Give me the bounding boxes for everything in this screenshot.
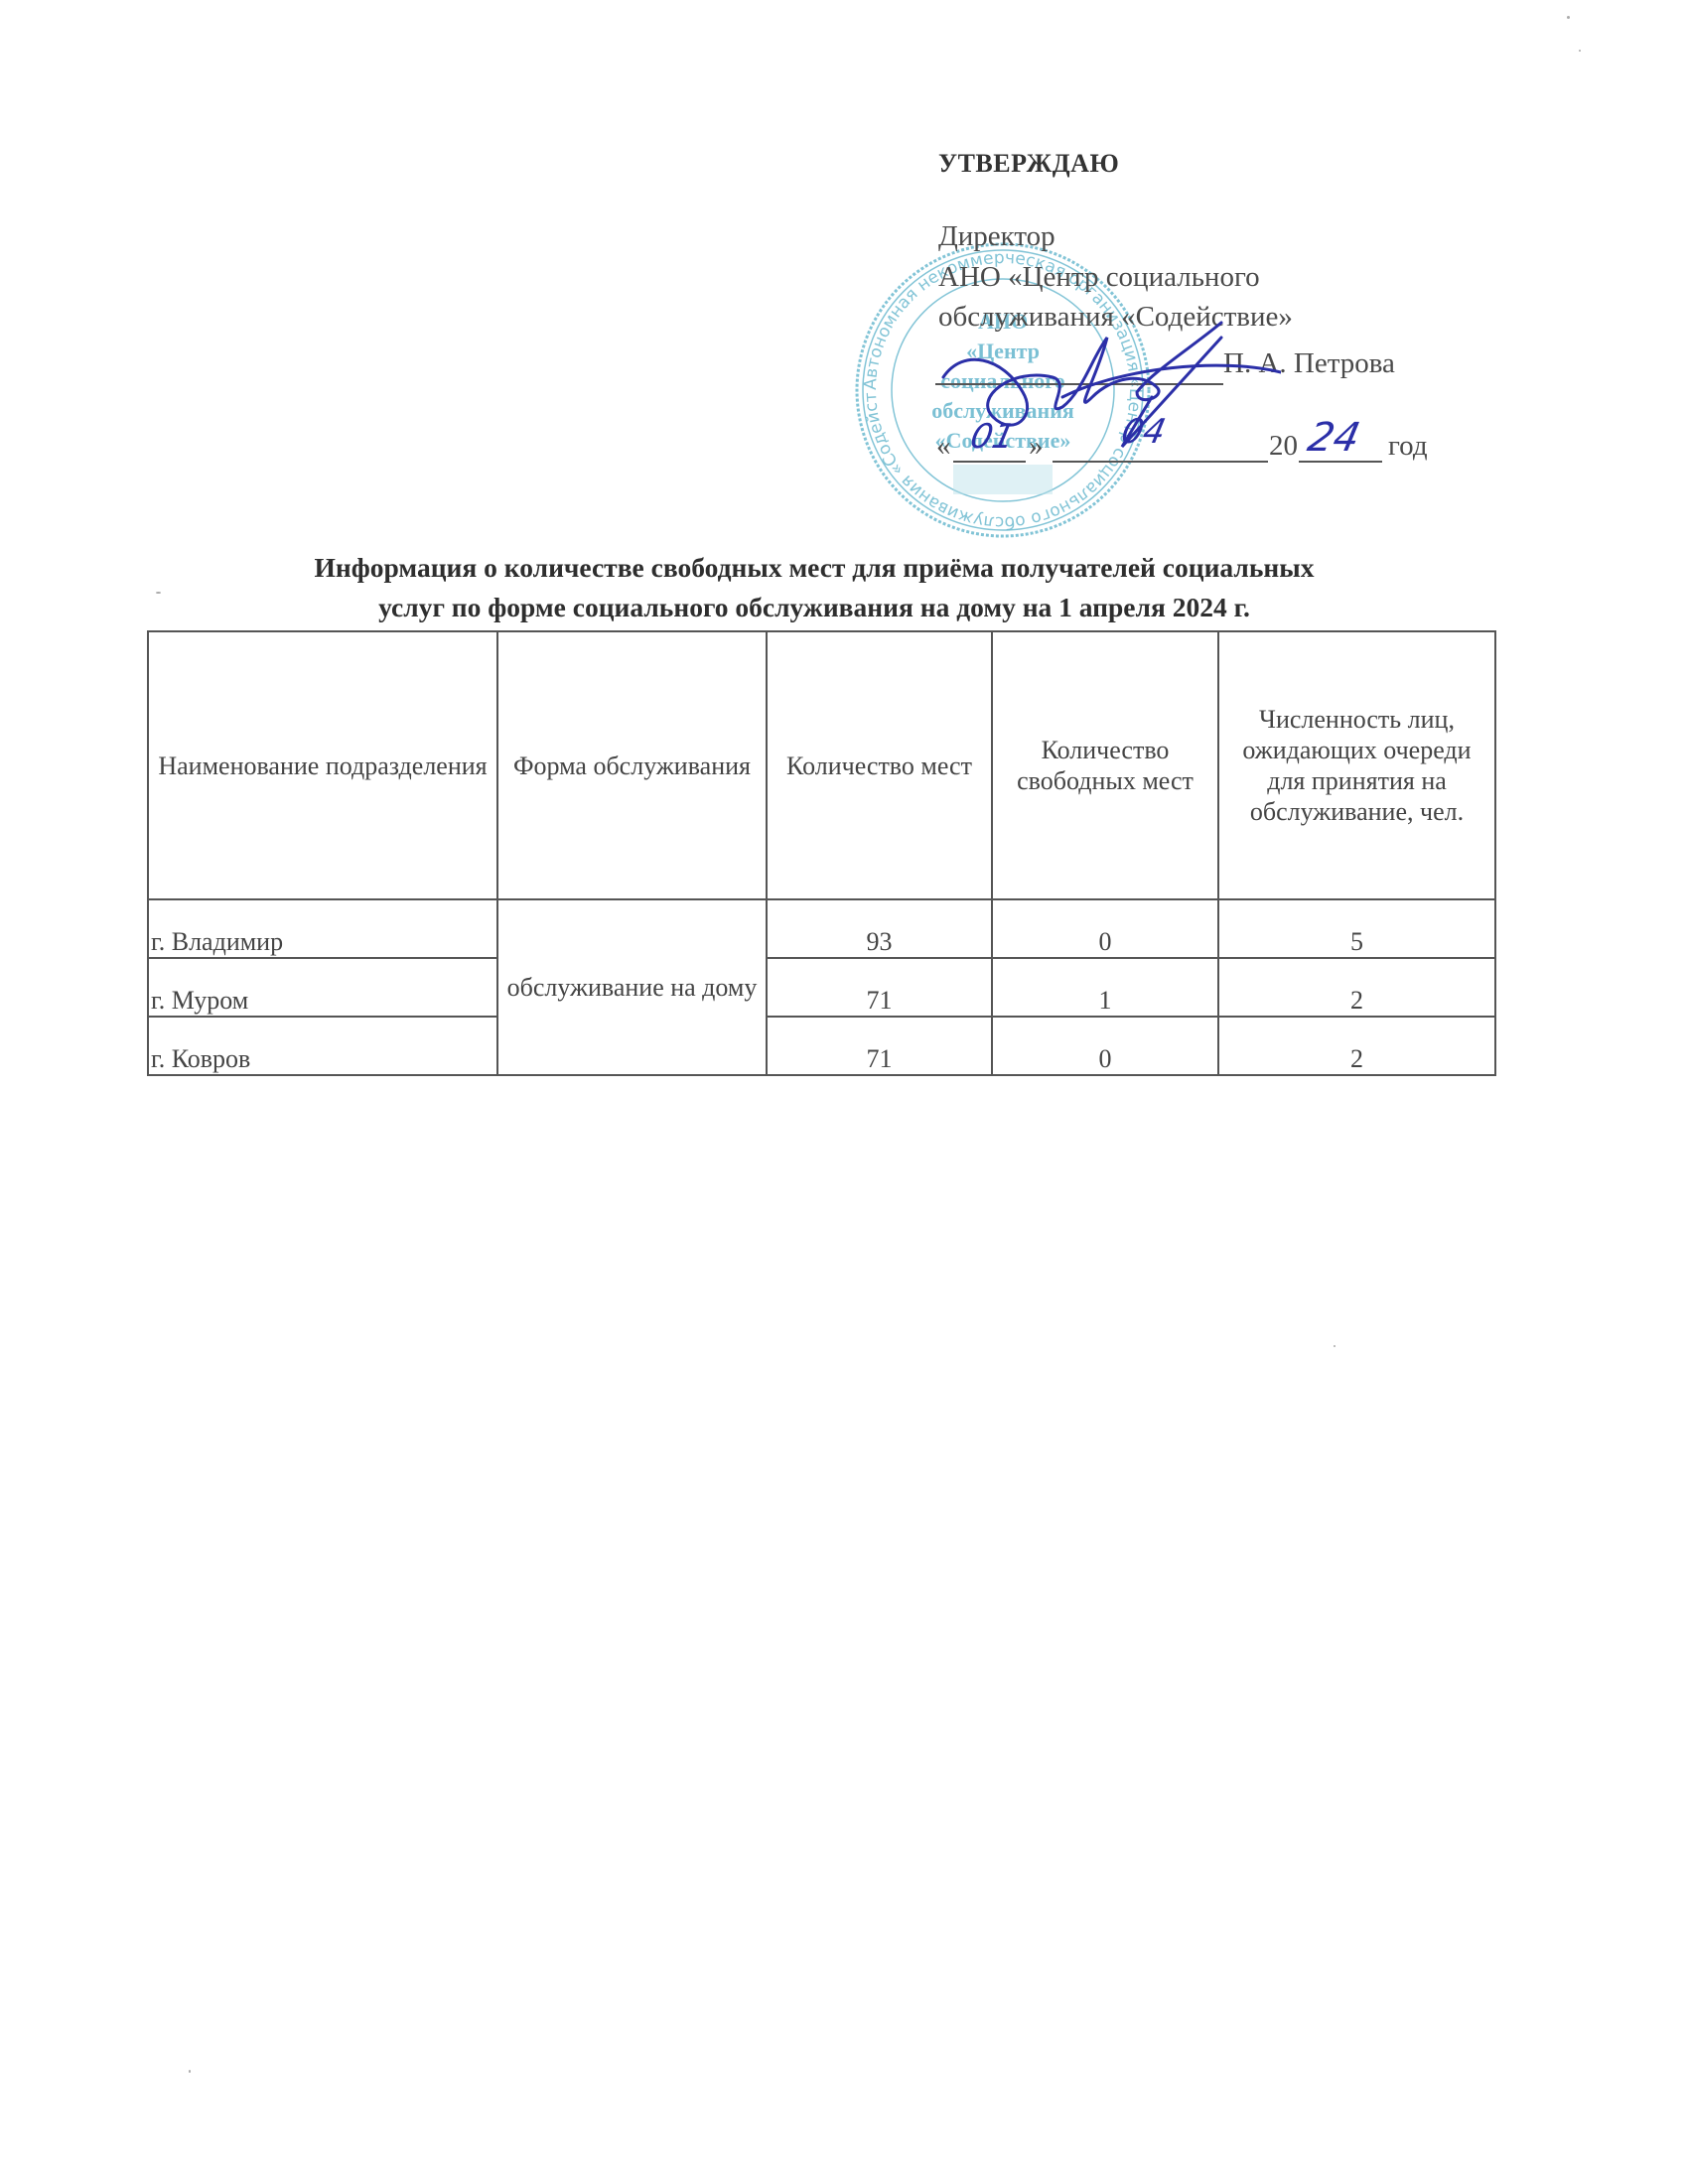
places-cell: 71 — [767, 958, 992, 1017]
approver-position: Директор — [938, 220, 1055, 253]
header-service-form: Форма обслуживания — [497, 631, 767, 899]
vacancies-table: Наименование подразделения Форма обслужи… — [147, 630, 1496, 1076]
waiting-cell: 2 — [1218, 1017, 1495, 1075]
day-line — [953, 461, 1026, 463]
scan-speck — [1579, 50, 1581, 52]
table-row: г. Ковров 71 0 2 — [148, 1017, 1495, 1075]
unit-cell: г. Владимир — [148, 899, 497, 958]
handwritten-day: 01 — [967, 417, 1019, 457]
approval-title: УТВЕРЖДАЮ — [938, 149, 1119, 179]
handwritten-year: 24 — [1304, 415, 1364, 461]
table-row: г. Муром 71 1 2 — [148, 958, 1495, 1017]
waiting-cell: 2 — [1218, 958, 1495, 1017]
unit-cell: г. Муром — [148, 958, 497, 1017]
scan-speck — [189, 2070, 191, 2073]
organization-line-1: АНО «Центр социального — [938, 261, 1260, 294]
places-cell: 93 — [767, 899, 992, 958]
month-line — [1053, 461, 1268, 463]
header-places: Количество мест — [767, 631, 992, 899]
table-row: г. Владимир обслуживание на дому 93 0 5 — [148, 899, 1495, 958]
heading-line-2: услуг по форме социального обслуживания … — [139, 588, 1489, 627]
year-word: год — [1388, 430, 1428, 463]
table-header-row: Наименование подразделения Форма обслужи… — [148, 631, 1495, 899]
heading-line-1: Информация о количестве свободных мест д… — [139, 548, 1489, 588]
free-places-cell: 0 — [992, 1017, 1218, 1075]
places-cell: 71 — [767, 1017, 992, 1075]
free-places-cell: 0 — [992, 899, 1218, 958]
year-line — [1299, 461, 1382, 463]
date-close-quote: » — [1029, 430, 1044, 463]
scan-speck — [156, 592, 161, 594]
unit-cell: г. Ковров — [148, 1017, 497, 1075]
header-unit: Наименование подразделения — [148, 631, 497, 899]
handwritten-month: 04 — [1118, 412, 1170, 452]
document-heading: Информация о количестве свободных мест д… — [139, 548, 1489, 627]
service-form-cell: обслуживание на дому — [497, 899, 767, 1075]
header-waiting: Численность лиц, ожидающих очереди для п… — [1218, 631, 1495, 899]
waiting-cell: 5 — [1218, 899, 1495, 958]
year-prefix: 20 — [1269, 430, 1298, 463]
header-free-places: Количество свободных мест — [992, 631, 1218, 899]
handwritten-signature — [923, 298, 1281, 496]
free-places-cell: 1 — [992, 958, 1218, 1017]
date-open-quote: « — [936, 430, 951, 463]
scan-speck — [1567, 16, 1570, 19]
scan-speck — [1334, 1345, 1336, 1347]
